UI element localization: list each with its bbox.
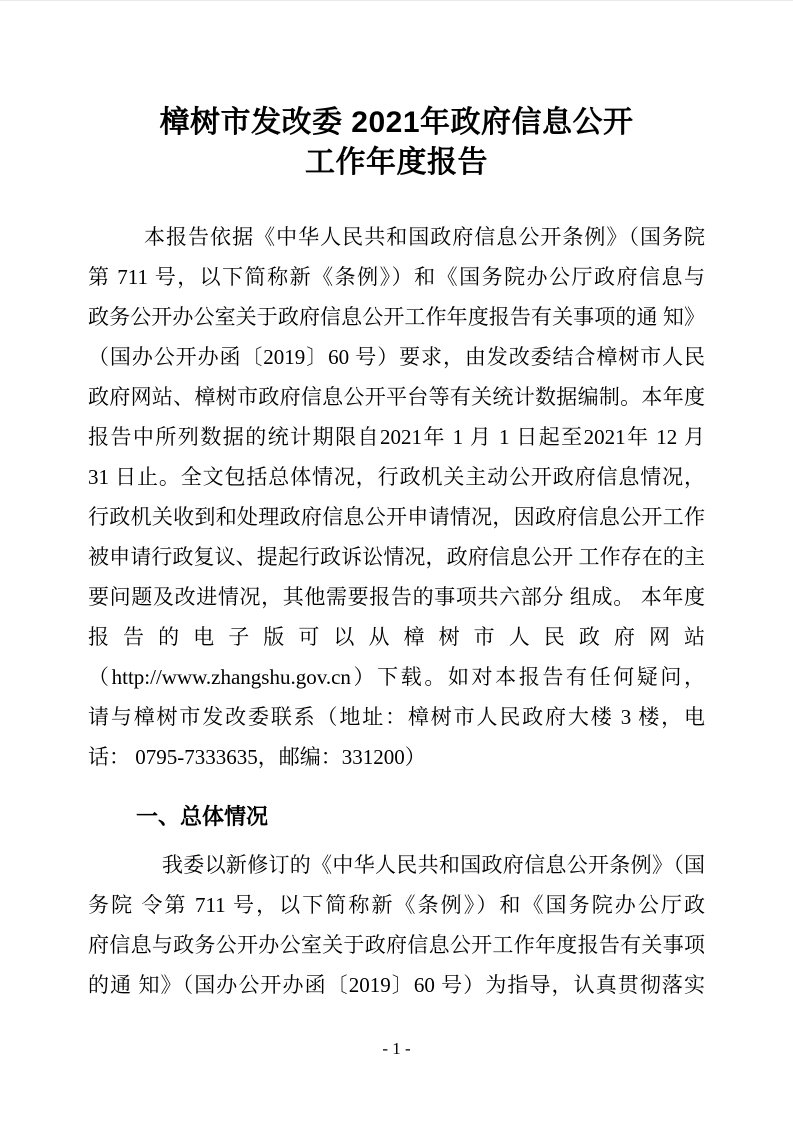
document-page: 樟树市发改委 2021年政府信息公开 工作年度报告 本报告依据《中华人民共和国政…	[0, 0, 793, 1122]
paragraph-line: 要问题及改进情况，其他需要报告的事项共六部分 组成。 本年度	[88, 577, 705, 617]
paragraph-line: 我委以新修订的《中华人民共和国政府信息公开条例》（国	[88, 845, 705, 885]
paragraph-line: 务院 令第 711 号，以下简称新《条例》）和《国务院办公厅政	[88, 885, 705, 925]
paragraph-line: 政务公开办公室关于政府信息公开工作年度报告有关事项的通 知》	[88, 297, 705, 337]
paragraph-line: 政府网站、樟树市政府信息公开平台等有关统计数据编制。本年度	[88, 377, 705, 417]
paragraph-line: 本报告依据《中华人民共和国政府信息公开条例》（国务院 令	[88, 217, 705, 257]
paragraph-line: 报告中所列数据的统计期限自2021年 1 月 1 日起至2021年 12 月	[88, 417, 705, 457]
document-title-line-2: 工作年度报告	[0, 143, 793, 183]
paragraph-line: 被申请行政复议、提起行政诉讼情况，政府信息公开 工作存在的主	[88, 537, 705, 577]
intro-paragraph: 本报告依据《中华人民共和国政府信息公开条例》（国务院 令 第 711 号，以下简…	[88, 217, 705, 777]
paragraph-line: 的通 知》（国办公开办函〔2019〕60 号）为指导，认真贯彻落实	[88, 965, 705, 1005]
paragraph-line: 府信息与政务公开办公室关于政府信息公开工作年度报告有关事项	[88, 925, 705, 965]
section-heading-overview: 一、总体情况	[88, 797, 705, 837]
document-title: 樟树市发改委 2021年政府信息公开 工作年度报告	[0, 1, 793, 183]
paragraph-line: 行政机关收到和处理政府信息公开申请情况，因政府信息公开工作	[88, 497, 705, 537]
document-title-line-1: 樟树市发改委 2021年政府信息公开	[0, 103, 793, 143]
page-number: - 1 -	[0, 1037, 793, 1061]
paragraph-line: 31 日止。全文包括总体情况，行政机关主动公开政府信息情况，	[88, 457, 705, 497]
paragraph-line: 请与樟树市发改委联系（地址：樟树市人民政府大楼 3 楼，电	[88, 697, 705, 737]
paragraph-line: 话： 0795-7333635，邮编：331200）	[88, 737, 705, 777]
paragraph-line: 报告的电子版可以从樟树市人民政府网站	[88, 617, 705, 657]
paragraph-line: （国办公开办函〔2019〕60 号）要求，由发改委结合樟树市人民	[88, 337, 705, 377]
paragraph-line: 第 711 号，以下简称新《条例》）和《国务院办公厅政府信息与	[88, 257, 705, 297]
section1-paragraph: 我委以新修订的《中华人民共和国政府信息公开条例》（国 务院 令第 711 号，以…	[88, 845, 705, 1005]
document-body: 本报告依据《中华人民共和国政府信息公开条例》（国务院 令 第 711 号，以下简…	[88, 217, 705, 1005]
paragraph-line: （http://www.zhangshu.gov.cn）下载。如对本报告有任何疑…	[88, 657, 705, 697]
